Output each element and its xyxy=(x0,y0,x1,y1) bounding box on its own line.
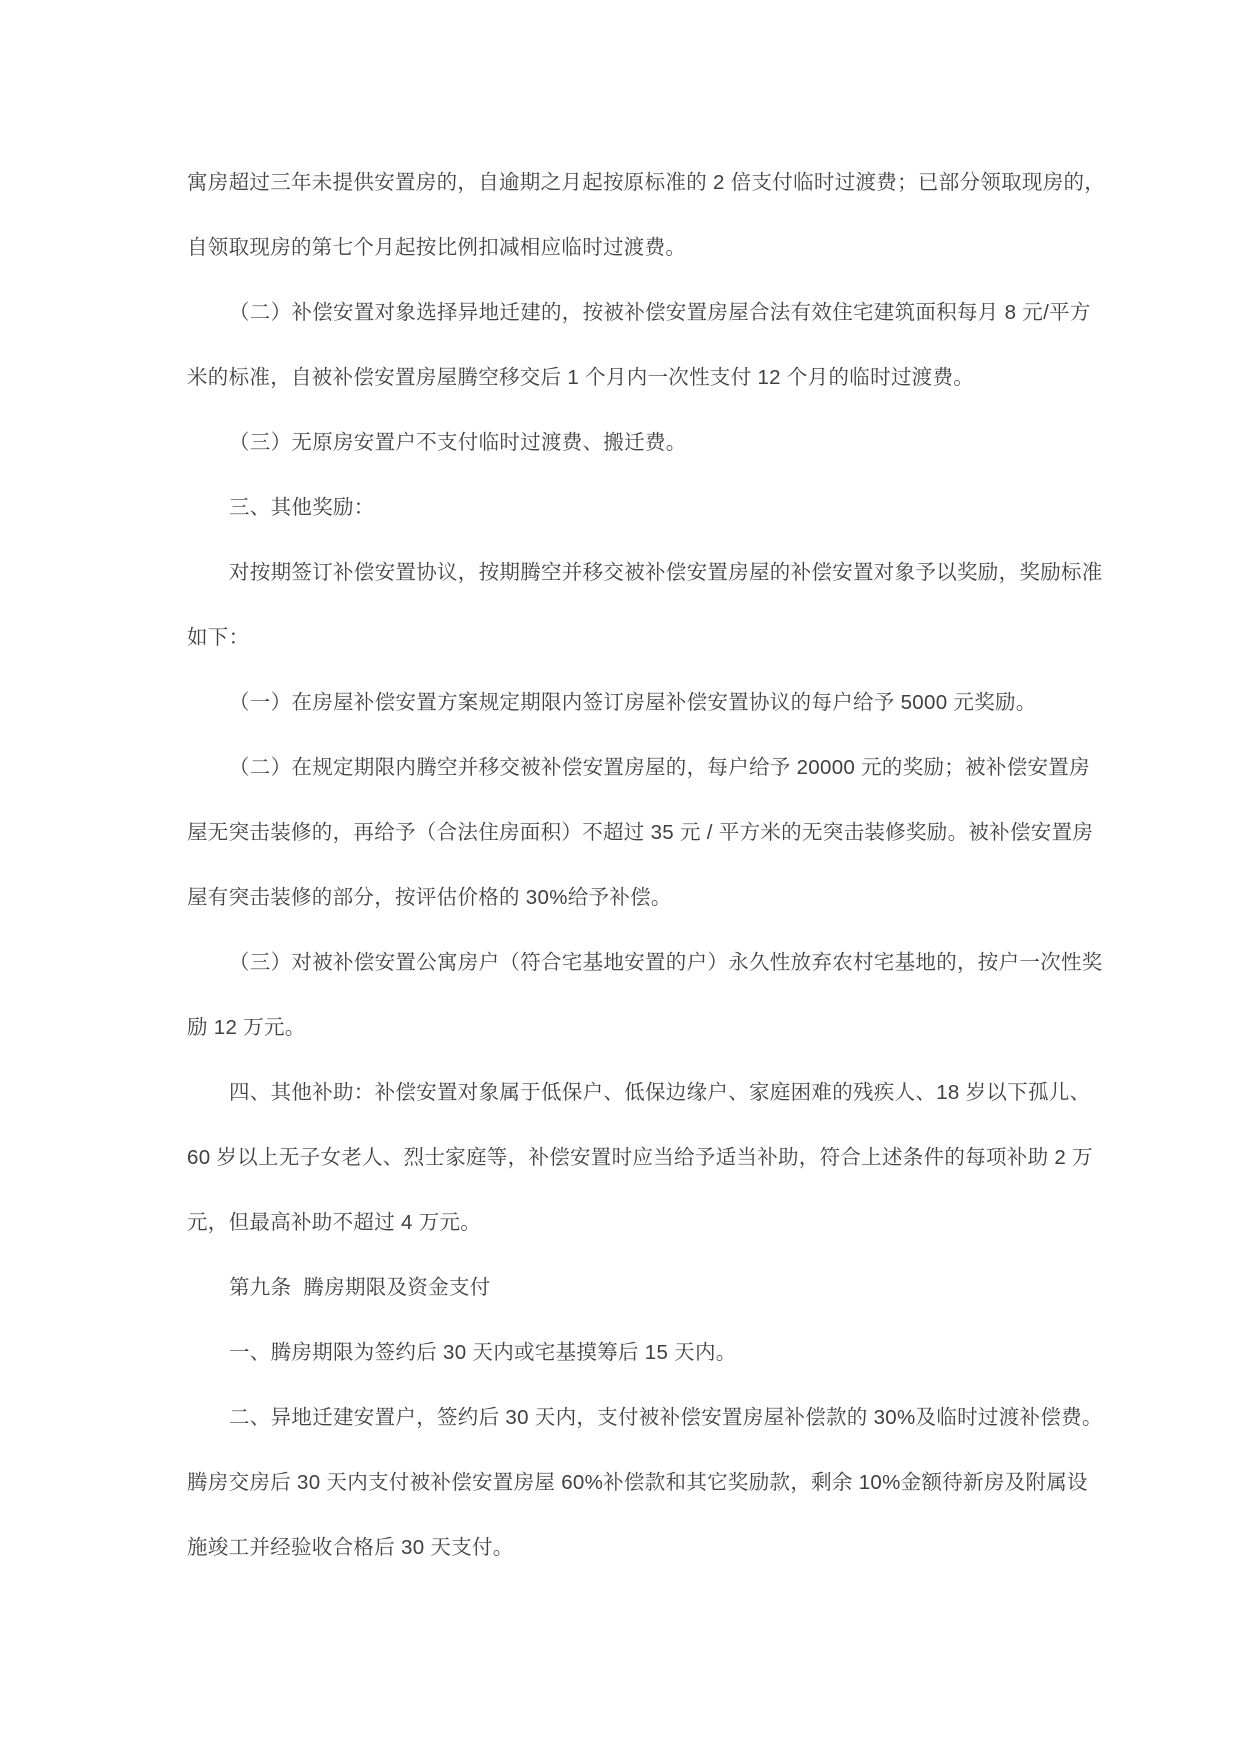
text-line-17: 元，但最高补助不超过 4 万元。 xyxy=(187,1190,1057,1255)
text-line-18: 第九条 腾房期限及资金支付 xyxy=(187,1255,1057,1320)
text-line-21: 腾房交房后 30 天内支付被补偿安置房屋 60%补偿款和其它奖励款，剩余 10%… xyxy=(187,1450,1057,1515)
text-line-5: （三）无原房安置户不支付临时过渡费、搬迁费。 xyxy=(187,410,1057,475)
text-line-9: （一）在房屋补偿安置方案规定期限内签订房屋补偿安置协议的每户给予 5000 元奖… xyxy=(187,670,1057,735)
text-line-14: 励 12 万元。 xyxy=(187,995,1057,1060)
text-line-10: （二）在规定期限内腾空并移交被补偿安置房屋的，每户给予 20000 元的奖励；被… xyxy=(187,735,1057,800)
document-text-block: 寓房超过三年未提供安置房的，自逾期之月起按原标准的 2 倍支付临时过渡费；已部分… xyxy=(187,150,1057,1580)
text-line-7: 对按期签订补偿安置协议，按期腾空并移交被补偿安置房屋的补偿安置对象予以奖励，奖励… xyxy=(187,540,1057,605)
text-line-19: 一、腾房期限为签约后 30 天内或宅基摸筹后 15 天内。 xyxy=(187,1320,1057,1385)
document-page: 寓房超过三年未提供安置房的，自逾期之月起按原标准的 2 倍支付临时过渡费；已部分… xyxy=(0,0,1240,1753)
text-line-12: 屋有突击装修的部分，按评估价格的 30%给予补偿。 xyxy=(187,865,1057,930)
text-line-15: 四、其他补助：补偿安置对象属于低保户、低保边缘户、家庭困难的残疾人、18 岁以下… xyxy=(187,1060,1057,1125)
text-line-16: 60 岁以上无子女老人、烈士家庭等，补偿安置时应当给予适当补助，符合上述条件的每… xyxy=(187,1125,1057,1190)
text-line-3: （二）补偿安置对象选择异地迁建的，按被补偿安置房屋合法有效住宅建筑面积每月 8 … xyxy=(187,280,1057,345)
text-line-22: 施竣工并经验收合格后 30 天支付。 xyxy=(187,1515,1057,1580)
text-line-8: 如下： xyxy=(187,605,1057,670)
text-line-20: 二、异地迁建安置户，签约后 30 天内，支付被补偿安置房屋补偿款的 30%及临时… xyxy=(187,1385,1057,1450)
text-line-6: 三、其他奖励： xyxy=(187,475,1057,540)
text-line-4: 米的标准，自被补偿安置房屋腾空移交后 1 个月内一次性支付 12 个月的临时过渡… xyxy=(187,345,1057,410)
text-line-13: （三）对被补偿安置公寓房户（符合宅基地安置的户）永久性放弃农村宅基地的，按户一次… xyxy=(187,930,1057,995)
text-line-2: 自领取现房的第七个月起按比例扣减相应临时过渡费。 xyxy=(187,215,1057,280)
text-line-11: 屋无突击装修的，再给予（合法住房面积）不超过 35 元 / 平方米的无突击装修奖… xyxy=(187,800,1057,865)
text-line-1: 寓房超过三年未提供安置房的，自逾期之月起按原标准的 2 倍支付临时过渡费；已部分… xyxy=(187,150,1057,215)
